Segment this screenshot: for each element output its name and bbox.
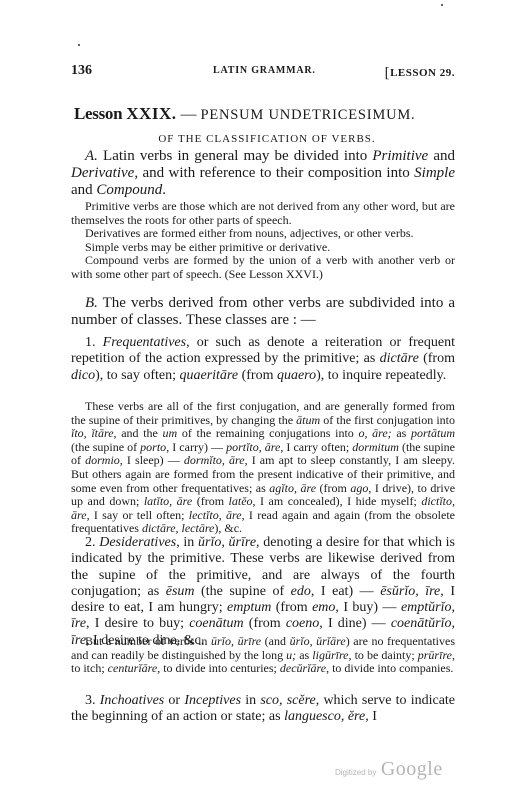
item-desideratives: 2. Desideratives, in ŭrĭo, ŭrīre, denoti… xyxy=(71,535,455,649)
running-header: 136 LATIN GRAMMAR. [LESSON 29. xyxy=(71,63,455,79)
book-page: 136 LATIN GRAMMAR. [LESSON 29. Lesson XX… xyxy=(0,0,514,801)
note-derivative: Derivatives are formed either from nouns… xyxy=(71,227,455,241)
google-logo: Google xyxy=(381,758,443,780)
lesson-title: Lesson XXIX. — PENSUM UNDETRICESIMUM. xyxy=(74,104,454,124)
item-frequentatives: 1. Frequentatives, or such as denote a r… xyxy=(71,335,455,384)
note-primitive: Primitive verbs are those which are not … xyxy=(71,200,455,227)
paragraph-a: A. Latin verbs in general may be divided… xyxy=(71,148,455,199)
digitized-watermark: Digitized by Google xyxy=(335,758,443,781)
scan-speck xyxy=(441,4,443,6)
lesson-reference: [LESSON 29. xyxy=(385,64,455,81)
notes-a: Primitive verbs are those which are not … xyxy=(71,200,455,282)
page-number: 136 xyxy=(71,63,92,79)
note-frequentatives: These verbs are all of the first conjuga… xyxy=(71,400,455,536)
note-desideratives: But a number of verbs in ūrĭo, ūrīre (an… xyxy=(71,635,455,676)
note-simple: Simple verbs may be either primitive or … xyxy=(71,241,455,255)
note-compound: Compound verbs are formed by the union o… xyxy=(71,254,455,281)
paragraph-b: B. The verbs derived from other verbs ar… xyxy=(71,295,455,329)
running-title: LATIN GRAMMAR. xyxy=(213,65,316,76)
section-subtitle: OF THE CLASSIFICATION OF VERBS. xyxy=(0,133,514,145)
scan-speck xyxy=(78,44,80,46)
item-inchoatives: 3. Inchoatives or Inceptives in sco, scĕ… xyxy=(71,693,455,726)
